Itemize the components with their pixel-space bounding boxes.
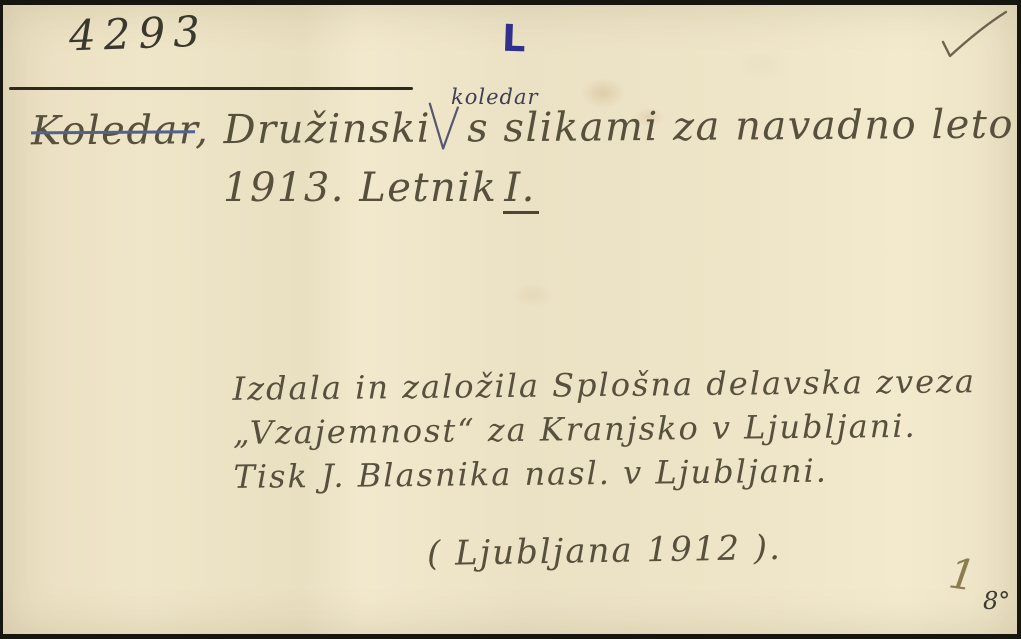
struck-title-word: Koledar xyxy=(31,107,195,154)
catalog-card: 4293 L Koledar, Družinskis slikami za na… xyxy=(3,5,1017,634)
imprint-line-society: „Vzajemnost“ za Kranjsko v Ljubljani. xyxy=(233,403,977,455)
place-date: ( Ljubljana 1912 ). xyxy=(427,528,783,574)
insertion-caret-icon xyxy=(427,101,461,153)
volume-numeral: I. xyxy=(503,165,539,214)
format-note: 8° xyxy=(983,587,1010,615)
scan-frame: 4293 L Koledar, Družinskis slikami za na… xyxy=(0,0,1021,639)
classification-letter: L xyxy=(501,17,526,61)
inserted-word: koledar xyxy=(451,85,539,109)
title-year-volume: 1913. Letnik xyxy=(223,165,497,211)
imprint-line-publisher: Izdala in založila Splošna delavska zvez… xyxy=(232,359,976,411)
imprint-line-printer: Tisk J. Blasnika nasl. v Ljubljani. xyxy=(233,447,977,499)
check-mark-icon xyxy=(890,7,1010,65)
title-line-2: 1913. LetnikI. xyxy=(223,165,539,214)
imprint-block: Izdala in založila Splošna delavska zvez… xyxy=(232,359,977,499)
title-rest: s slikami za navadno leto xyxy=(467,102,1014,152)
copy-count: 1 xyxy=(946,548,979,600)
title-continuation: , Družinski xyxy=(195,106,431,154)
header-rule xyxy=(9,87,413,90)
accession-number: 4293 xyxy=(68,7,209,61)
